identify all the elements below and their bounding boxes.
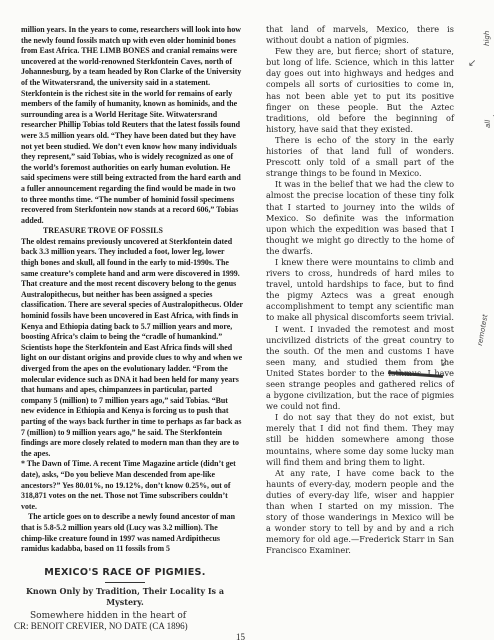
source-credit: CR: BENOIT CREVIER, NO DATE (CA 1896): [14, 621, 188, 631]
left-column-article: million years. In the years to come, res…: [21, 25, 243, 555]
handwritten-arrow-icon: ↙: [440, 358, 448, 369]
clipping-paragraph: I knew there were mountains to climb and…: [266, 257, 454, 324]
handwritten-arrow-icon: ↙: [468, 58, 476, 69]
page-number: 15: [236, 632, 245, 640]
article-paragraph: The article goes on to describe a newly …: [21, 512, 243, 554]
right-column-clipping: that land of marvels, Mexico, there is w…: [266, 24, 454, 557]
clipping-paragraph: I do not say that they do not exist, but…: [266, 412, 454, 467]
clipping-deck: Known Only by Tradition, Their Locality …: [20, 586, 230, 607]
handwritten-note-all-sorts: all sorts: [484, 111, 494, 128]
clipping-paragraph: that land of marvels, Mexico, there is w…: [266, 24, 454, 46]
article-paragraph: * The Dawn of Time. A recent Time Magazi…: [21, 459, 243, 512]
article-paragraph: The oldest remains previously uncovered …: [21, 237, 243, 459]
newspaper-clipping-header: MEXICO'S RACE OF PIGMIES. Known Only by …: [20, 567, 230, 622]
clipping-paragraph: Few they are, but fierce; short of statu…: [266, 46, 454, 135]
section-subhead: TREASURE TROVE OF FOSSILS: [21, 226, 243, 237]
document-page: million years. In the years to come, res…: [0, 0, 494, 640]
article-paragraph: million years. In the years to come, res…: [21, 25, 243, 226]
handwritten-note-high: high: [483, 31, 491, 46]
clipping-paragraph: It was in the belief that we had the cle…: [266, 179, 454, 257]
clipping-paragraph: At any rate, I have come back to the hau…: [266, 468, 454, 557]
clipping-paragraph: There is echo of the story in the early …: [266, 135, 454, 179]
headline-rule: [105, 582, 145, 583]
clipping-headline: MEXICO'S RACE OF PIGMIES.: [20, 567, 230, 578]
handwritten-note-remotest: remotest: [476, 314, 489, 347]
clipping-paragraph: I went. I invaded the remotest and most …: [266, 324, 454, 413]
